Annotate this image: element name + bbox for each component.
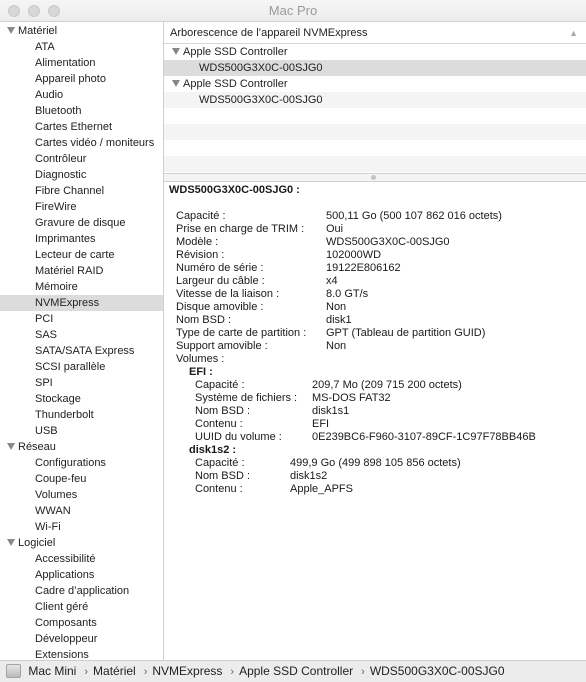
- detail-value: 500,11 Go (500 107 862 016 octets): [326, 210, 502, 223]
- sidebar-item[interactable]: Coupe-feu: [0, 471, 163, 487]
- sidebar-item-label: WWAN: [35, 505, 71, 517]
- path-crumb[interactable]: WDS500G3X0C-00SJG0: [370, 664, 505, 678]
- sidebar-item-label: Gravure de disque: [35, 217, 126, 229]
- sidebar-item-label: Fibre Channel: [35, 185, 104, 197]
- splitter-handle-icon[interactable]: [371, 175, 376, 180]
- tree-row-label: WDS500G3X0C-00SJG0: [199, 94, 323, 106]
- sidebar-item-label: Stockage: [35, 393, 81, 405]
- sidebar-item-label: Imprimantes: [35, 233, 96, 245]
- sidebar-group-0[interactable]: Matériel: [0, 23, 163, 39]
- volume-value: 499,9 Go (499 898 105 856 octets): [290, 457, 461, 470]
- disclosure-triangle-icon[interactable]: [172, 80, 180, 87]
- sidebar-item[interactable]: SAS: [0, 327, 163, 343]
- sidebar-group-1[interactable]: Réseau: [0, 439, 163, 455]
- tree-row-empty: [164, 156, 586, 172]
- tree-row-empty: [164, 108, 586, 124]
- tree-row[interactable]: WDS500G3X0C-00SJG0: [164, 60, 586, 76]
- path-bar: Mac Mini›Matériel›NVMExpress›Apple SSD C…: [0, 660, 586, 682]
- device-tree: Apple SSD ControllerWDS500G3X0C-00SJG0Ap…: [164, 44, 586, 172]
- sidebar-item[interactable]: Volumes: [0, 487, 163, 503]
- sort-ascending-icon[interactable]: ▲: [569, 22, 578, 44]
- detail-key: Nom BSD :: [176, 314, 231, 327]
- sidebar-item[interactable]: Cadre d’application: [0, 583, 163, 599]
- sidebar-item[interactable]: Matériel RAID: [0, 263, 163, 279]
- tree-row-empty: [164, 124, 586, 140]
- detail-value: disk1: [326, 314, 352, 327]
- sidebar-item-label: SCSI parallèle: [35, 361, 105, 373]
- tree-row[interactable]: Apple SSD Controller: [164, 76, 586, 92]
- volume-key: Contenu :: [195, 418, 243, 431]
- sidebar-item-label: Extensions: [35, 649, 89, 660]
- detail-key: Support amovible :: [176, 340, 268, 353]
- sidebar-item[interactable]: Cartes vidéo / moniteurs: [0, 135, 163, 151]
- tree-row[interactable]: WDS500G3X0C-00SJG0: [164, 92, 586, 108]
- sidebar-item-label: Thunderbolt: [35, 409, 94, 421]
- device-tree-header[interactable]: Arborescence de l’appareil NVMExpress ▲: [164, 22, 586, 44]
- sidebar-item[interactable]: Composants: [0, 615, 163, 631]
- sidebar-item[interactable]: Cartes Ethernet: [0, 119, 163, 135]
- sidebar-item[interactable]: Contrôleur: [0, 151, 163, 167]
- sidebar-item-label: ATA: [35, 41, 55, 53]
- sidebar-item-label: USB: [35, 425, 58, 437]
- sidebar-item-label: SAS: [35, 329, 57, 341]
- sidebar-group-label: Matériel: [18, 25, 57, 37]
- sidebar-item-label: Composants: [35, 617, 97, 629]
- sidebar-item[interactable]: Fibre Channel: [0, 183, 163, 199]
- sidebar-item-label: SATA/SATA Express: [35, 345, 134, 357]
- device-tree-pane: Arborescence de l’appareil NVMExpress ▲ …: [164, 22, 586, 173]
- volume-key: Contenu :: [195, 483, 243, 496]
- detail-value: WDS500G3X0C-00SJG0: [326, 236, 450, 249]
- volume-key: Système de fichiers :: [195, 392, 297, 405]
- detail-key: Disque amovible :: [176, 301, 263, 314]
- sidebar-item[interactable]: Alimentation: [0, 55, 163, 71]
- sidebar-item[interactable]: Accessibilité: [0, 551, 163, 567]
- sidebar-item[interactable]: Gravure de disque: [0, 215, 163, 231]
- tree-row-label: WDS500G3X0C-00SJG0: [199, 62, 323, 74]
- sidebar-item-label: FireWire: [35, 201, 77, 213]
- window-title: Mac Pro: [0, 3, 586, 18]
- sidebar-item-label: Client géré: [35, 601, 88, 613]
- sidebar-item[interactable]: SPI: [0, 375, 163, 391]
- volume-key: Capacité :: [195, 379, 245, 392]
- detail-key: Prise en charge de TRIM :: [176, 223, 304, 236]
- sidebar-group-2[interactable]: Logiciel: [0, 535, 163, 551]
- volume-key: Nom BSD :: [195, 470, 250, 483]
- sidebar-item-label: Appareil photo: [35, 73, 106, 85]
- volume-value: MS-DOS FAT32: [312, 392, 391, 405]
- disclosure-triangle-icon[interactable]: [172, 48, 180, 55]
- sidebar-item[interactable]: Diagnostic: [0, 167, 163, 183]
- sidebar-item[interactable]: Extensions: [0, 647, 163, 660]
- chevron-right-icon: ›: [230, 666, 234, 678]
- detail-key: Capacité :: [176, 210, 226, 223]
- sidebar-item-label: Développeur: [35, 633, 97, 645]
- sidebar-item[interactable]: FireWire: [0, 199, 163, 215]
- sidebar-item-label: Mémoire: [35, 281, 78, 293]
- sidebar-item-label: Bluetooth: [35, 105, 81, 117]
- sidebar-item-label: Applications: [35, 569, 94, 581]
- sidebar-item[interactable]: Imprimantes: [0, 231, 163, 247]
- detail-value: 8.0 GT/s: [326, 288, 368, 301]
- sidebar-item[interactable]: SATA/SATA Express: [0, 343, 163, 359]
- volume-value: EFI: [312, 418, 329, 431]
- sidebar-item-label: PCI: [35, 313, 53, 325]
- sidebar-item-label: Contrôleur: [35, 153, 86, 165]
- detail-value: 102000WD: [326, 249, 381, 262]
- tree-row-empty: [164, 140, 586, 156]
- sidebar-item-label: SPI: [35, 377, 53, 389]
- detail-key: Modèle :: [176, 236, 218, 249]
- sidebar-item-label: Wi-Fi: [35, 521, 61, 533]
- sidebar-item[interactable]: PCI: [0, 311, 163, 327]
- sidebar-item[interactable]: Wi-Fi: [0, 519, 163, 535]
- sidebar-item-label: Audio: [35, 89, 63, 101]
- volume-value: 0E239BC6-F960-3107-89CF-1C97F78BB46B: [312, 431, 536, 444]
- details-title: WDS500G3X0C-00SJG0 :: [169, 184, 300, 196]
- disclosure-triangle-icon[interactable]: [7, 443, 15, 450]
- sidebar-item-label: Volumes: [35, 489, 77, 501]
- sidebar-item[interactable]: Client géré: [0, 599, 163, 615]
- sidebar-item-label: Lecteur de carte: [35, 249, 115, 261]
- chevron-right-icon: ›: [144, 666, 148, 678]
- volume-heading: EFI :: [189, 366, 213, 378]
- sidebar-item-label: Configurations: [35, 457, 106, 469]
- detail-value: Non: [326, 340, 346, 353]
- sidebar-item-label: Accessibilité: [35, 553, 96, 565]
- sidebar-item[interactable]: Configurations: [0, 455, 163, 471]
- sidebar-item-label: Alimentation: [35, 57, 96, 69]
- sidebar-item[interactable]: Audio: [0, 87, 163, 103]
- detail-value: Oui: [326, 223, 343, 236]
- volume-key: Capacité :: [195, 457, 245, 470]
- volume-key: UUID du volume :: [195, 431, 282, 444]
- detail-key: Volumes :: [176, 353, 224, 366]
- path-crumb[interactable]: NVMExpress: [152, 664, 222, 678]
- detail-key: Révision :: [176, 249, 224, 262]
- sidebar-item-label: Matériel RAID: [35, 265, 103, 277]
- sidebar-item-label: NVMExpress: [35, 297, 99, 309]
- path-crumb[interactable]: Matériel: [93, 664, 136, 678]
- volume-key: Nom BSD :: [195, 405, 250, 418]
- path-crumb[interactable]: Mac Mini: [28, 664, 76, 678]
- volume-value: disk1s1: [312, 405, 349, 418]
- detail-key: Type de carte de partition :: [176, 327, 306, 340]
- details-pane: WDS500G3X0C-00SJG0 : Capacité :500,11 Go…: [164, 182, 586, 660]
- sidebar-item[interactable]: ATA: [0, 39, 163, 55]
- sidebar-item-label: Cartes Ethernet: [35, 121, 112, 133]
- detail-value: GPT (Tableau de partition GUID): [326, 327, 485, 340]
- tree-row[interactable]: Apple SSD Controller: [164, 44, 586, 60]
- sidebar-item[interactable]: SCSI parallèle: [0, 359, 163, 375]
- sidebar-item[interactable]: Bluetooth: [0, 103, 163, 119]
- tree-row-label: Apple SSD Controller: [183, 78, 288, 90]
- volume-value: Apple_APFS: [290, 483, 353, 496]
- detail-value: x4: [326, 275, 338, 288]
- sidebar-item-label: Cartes vidéo / moniteurs: [35, 137, 154, 149]
- detail-value: 19122E806162: [326, 262, 401, 275]
- path-crumb[interactable]: Apple SSD Controller: [239, 664, 353, 678]
- sidebar-item[interactable]: USB: [0, 423, 163, 439]
- detail-value: Non: [326, 301, 346, 314]
- volume-value: disk1s2: [290, 470, 327, 483]
- device-tree-header-label: Arborescence de l’appareil NVMExpress: [170, 27, 367, 39]
- sidebar-group-label: Réseau: [18, 441, 56, 453]
- tree-row-label: Apple SSD Controller: [183, 46, 288, 58]
- sidebar-item[interactable]: Mémoire: [0, 279, 163, 295]
- sidebar-item[interactable]: Thunderbolt: [0, 407, 163, 423]
- volume-value: 209,7 Mo (209 715 200 octets): [312, 379, 462, 392]
- sidebar-item-label: Diagnostic: [35, 169, 86, 181]
- detail-key: Vitesse de la liaison :: [176, 288, 279, 301]
- sidebar-item-label: Cadre d’application: [35, 585, 129, 597]
- title-bar: Mac Pro: [0, 0, 586, 22]
- disclosure-triangle-icon[interactable]: [7, 539, 15, 546]
- detail-key: Largeur du câble :: [176, 275, 265, 288]
- sidebar[interactable]: MatérielATAAlimentationAppareil photoAud…: [0, 22, 164, 660]
- pane-splitter[interactable]: [164, 173, 586, 182]
- chevron-right-icon: ›: [84, 666, 88, 678]
- chevron-right-icon: ›: [361, 666, 365, 678]
- sidebar-item[interactable]: Développeur: [0, 631, 163, 647]
- sidebar-item[interactable]: WWAN: [0, 503, 163, 519]
- sidebar-item[interactable]: Stockage: [0, 391, 163, 407]
- disclosure-triangle-icon[interactable]: [7, 27, 15, 34]
- sidebar-item[interactable]: Appareil photo: [0, 71, 163, 87]
- sidebar-item[interactable]: Lecteur de carte: [0, 247, 163, 263]
- volume-heading: disk1s2 :: [189, 444, 236, 456]
- sidebar-item[interactable]: Applications: [0, 567, 163, 583]
- sidebar-item-label: Coupe-feu: [35, 473, 86, 485]
- detail-key: Numéro de série :: [176, 262, 263, 275]
- computer-icon: [6, 664, 21, 678]
- sidebar-group-label: Logiciel: [18, 537, 55, 549]
- sidebar-item[interactable]: NVMExpress: [0, 295, 163, 311]
